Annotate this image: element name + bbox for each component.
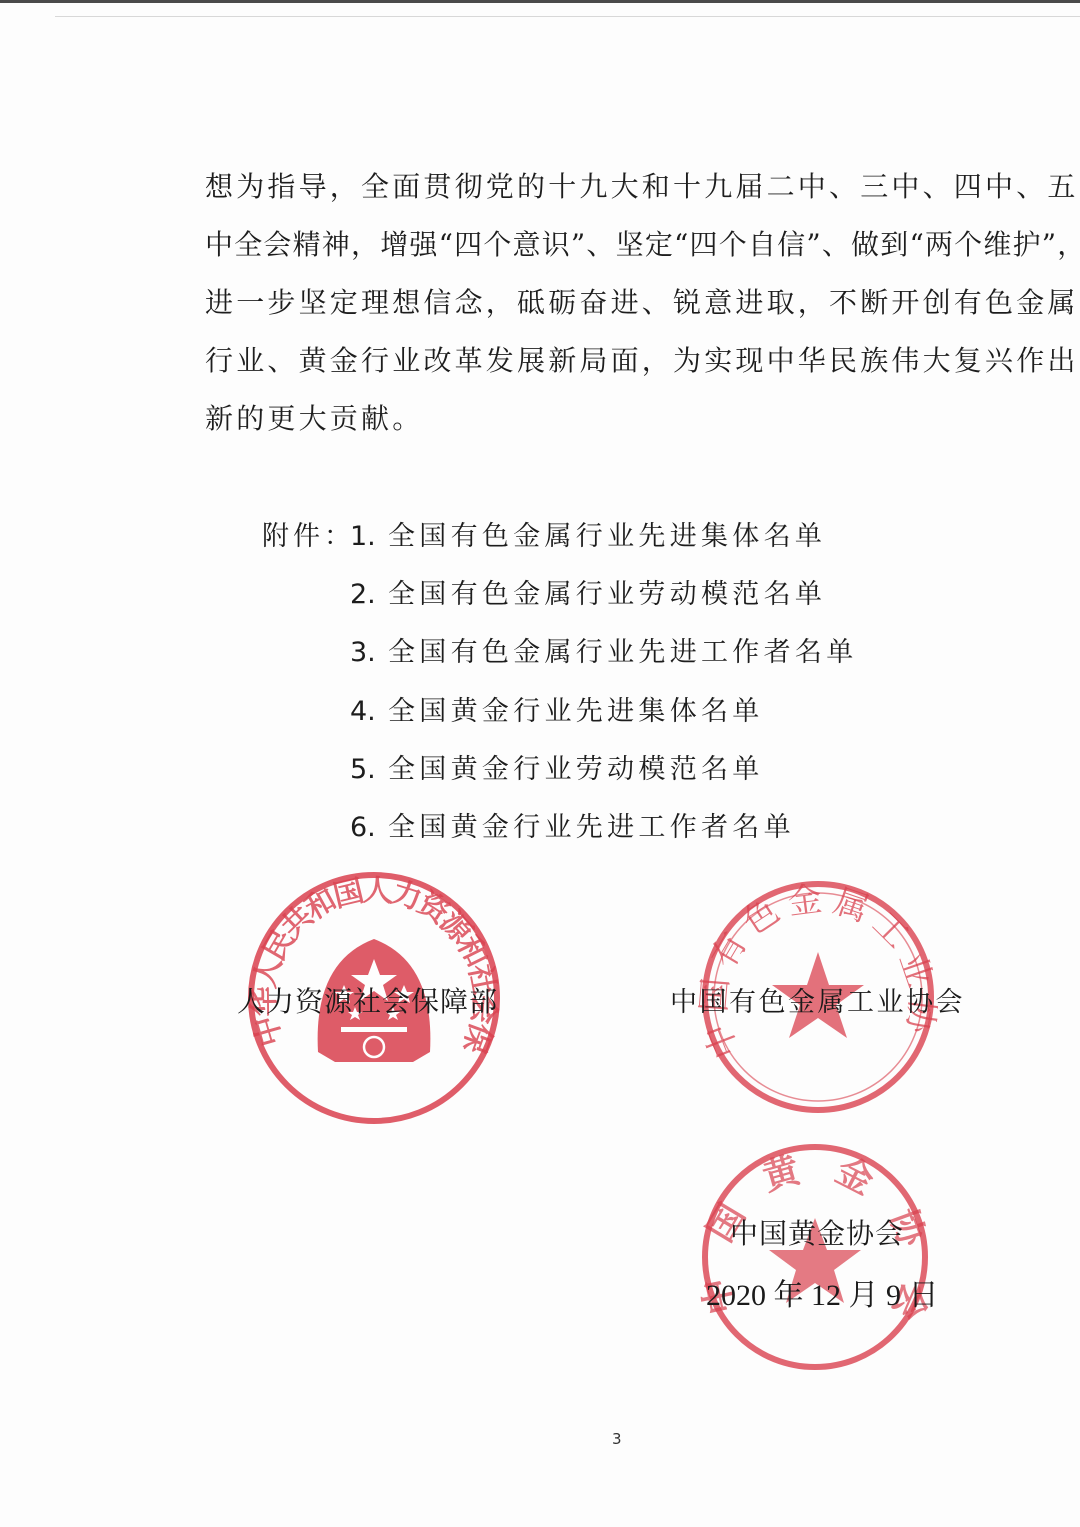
attachment-number: 3.: [350, 624, 388, 682]
scan-header-line: [55, 16, 1080, 17]
attachment-title: 全国黄金行业先进集体名单: [388, 696, 764, 727]
attachment-number: 6.: [350, 799, 388, 857]
attachment-number: 4.: [350, 683, 388, 741]
attachment-number: 2.: [350, 566, 388, 624]
paragraph-line: 中全会精神，增强“四个意识”、坚定“四个自信”、做到“两个维护”，: [205, 216, 1025, 274]
attachment-title: 全国黄金行业先进工作者名单: [388, 812, 795, 843]
scan-top-edge: [0, 0, 1080, 3]
signature-cga: 中国黄金协会: [730, 1212, 904, 1252]
page-number: 3: [612, 1430, 622, 1448]
attachment-item: 附件：1.全国有色金属行业先进集体名单: [262, 508, 858, 566]
attachment-item: 3.全国有色金属行业先进工作者名单: [262, 624, 858, 682]
attachment-item: 4.全国黄金行业先进集体名单: [262, 683, 858, 741]
attachment-title: 全国有色金属行业先进集体名单: [388, 521, 826, 552]
paragraph-line: 行业、黄金行业改革发展新局面，为实现中华民族伟大复兴作出: [205, 332, 1025, 390]
attachment-item: 5.全国黄金行业劳动模范名单: [262, 741, 858, 799]
attachment-title: 全国有色金属行业先进工作者名单: [388, 637, 858, 668]
attachment-item: 2.全国有色金属行业劳动模范名单: [262, 566, 858, 624]
signature-mohrss: 人力资源社会保障部: [237, 980, 498, 1020]
paragraph-line: 新的更大贡献。: [205, 390, 1025, 448]
paragraph-line: 想为指导，全面贯彻党的十九大和十九届二中、三中、四中、五: [205, 158, 1025, 216]
paragraph-line: 进一步坚定理想信念，砥砺奋进、锐意进取，不断开创有色金属: [205, 274, 1025, 332]
attachment-number: 1.: [350, 508, 388, 566]
body-paragraph: 想为指导，全面贯彻党的十九大和十九届二中、三中、四中、五 中全会精神，增强“四个…: [205, 158, 1025, 448]
attachment-title: 全国有色金属行业劳动模范名单: [388, 579, 826, 610]
attachments-list: 附件：1.全国有色金属行业先进集体名单 2.全国有色金属行业劳动模范名单 3.全…: [262, 508, 858, 857]
attachment-item: 6.全国黄金行业先进工作者名单: [262, 799, 858, 857]
attachment-title: 全国黄金行业劳动模范名单: [388, 754, 764, 785]
signature-date: 2020 年 12 月 9 日: [706, 1270, 939, 1314]
attachments-label: 附件：: [262, 508, 350, 566]
attachment-number: 5.: [350, 741, 388, 799]
cga-seal: 中国黄金协会: [698, 1140, 933, 1375]
signature-cnia: 中国有色金属工业协会: [670, 980, 965, 1019]
